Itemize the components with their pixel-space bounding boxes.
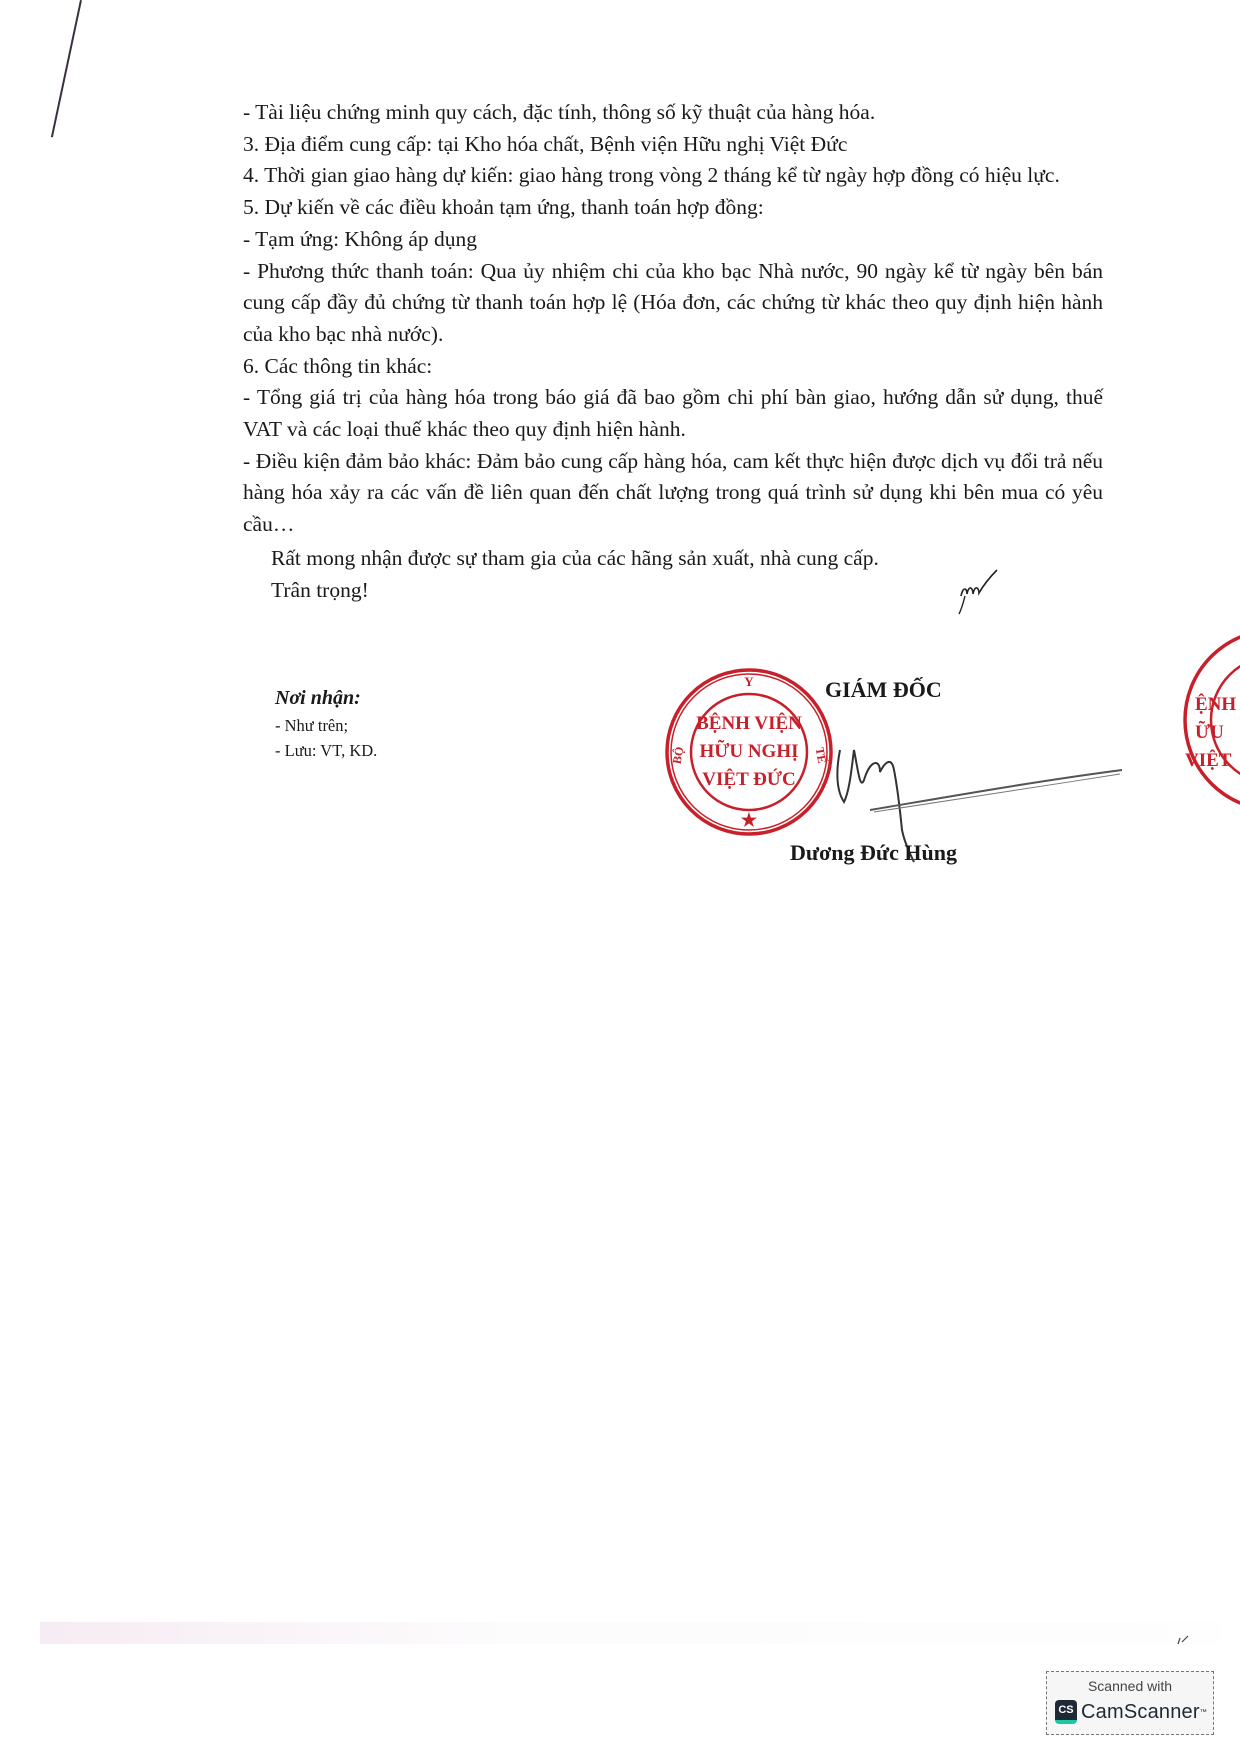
camscanner-brand: CS CamScanner ™	[1055, 1700, 1207, 1724]
paragraph-total-value: - Tổng giá trị của hàng hóa trong báo gi…	[243, 382, 1103, 445]
camscanner-watermark: Scanned with CS CamScanner ™	[1046, 1671, 1214, 1735]
stamp-left-letters: BỘ	[670, 746, 687, 766]
signatory-name: Dương Đức Hùng	[790, 840, 957, 866]
scan-artifact	[40, 1622, 1220, 1644]
stamp-line-1: BỆNH VIỆN	[696, 712, 802, 734]
scanned-with-label: Scanned with	[1047, 1678, 1213, 1694]
document-body: - Tài liệu chứng minh quy cách, đặc tính…	[243, 97, 1103, 606]
recipient-item: - Lưu: VT, KD.	[275, 738, 377, 763]
partial-stamp-line-3: VIỆT	[1185, 749, 1232, 771]
camscanner-name: CamScanner	[1081, 1701, 1200, 1724]
signatory-position: GIÁM ĐỐC	[825, 677, 942, 703]
recipient-item: - Như trên;	[275, 713, 377, 738]
signature-block: Y BỆNH VIỆN HỮU NGHỊ VIỆT ĐỨC BỘ TẾ ★ GI…	[640, 640, 1120, 880]
paragraph-payment-terms-heading: 5. Dự kiến về các điều khoản tạm ứng, th…	[243, 192, 1103, 224]
stamp-top-letter: Y	[744, 674, 754, 689]
paragraph-other-info-heading: 6. Các thông tin khác:	[243, 351, 1103, 383]
stamp-line-3: VIỆT ĐỨC	[702, 768, 795, 790]
recipients-block: Nơi nhận: - Như trên; - Lưu: VT, KD.	[275, 686, 377, 763]
partial-stamp-line-1: ỆNH	[1195, 693, 1236, 715]
initials-icon	[955, 566, 1013, 616]
paragraph-payment-method: - Phương thức thanh toán: Qua ủy nhiệm c…	[243, 256, 1103, 351]
trademark-symbol: ™	[1200, 1709, 1207, 1716]
partial-stamp-icon: ỆNH ỮU VIỆT	[1155, 620, 1240, 830]
paragraph-advance: - Tạm ứng: Không áp dụng	[243, 224, 1103, 256]
partial-stamp-line-2: ỮU	[1195, 721, 1224, 743]
svg-text:★: ★	[741, 810, 758, 830]
paragraph-guarantee: - Điều kiện đảm bảo khác: Đảm bảo cung c…	[243, 446, 1103, 541]
camscanner-logo-icon: CS	[1055, 1700, 1077, 1724]
paragraph-specs: - Tài liệu chứng minh quy cách, đặc tính…	[243, 97, 1103, 129]
official-stamp-icon: Y BỆNH VIỆN HỮU NGHỊ VIỆT ĐỨC BỘ TẾ ★	[664, 652, 834, 862]
page-edge-line	[51, 0, 82, 137]
recipients-title: Nơi nhận:	[275, 686, 377, 711]
stamp-line-2: HỮU NGHỊ	[699, 740, 798, 762]
paragraph-delivery-location: 3. Địa điểm cung cấp: tại Kho hóa chất, …	[243, 129, 1103, 161]
paragraph-delivery-time: 4. Thời gian giao hàng dự kiến: giao hàn…	[243, 160, 1103, 192]
stamp-right-letters: TẾ	[813, 746, 831, 764]
scan-mark-icon	[1176, 1634, 1190, 1646]
